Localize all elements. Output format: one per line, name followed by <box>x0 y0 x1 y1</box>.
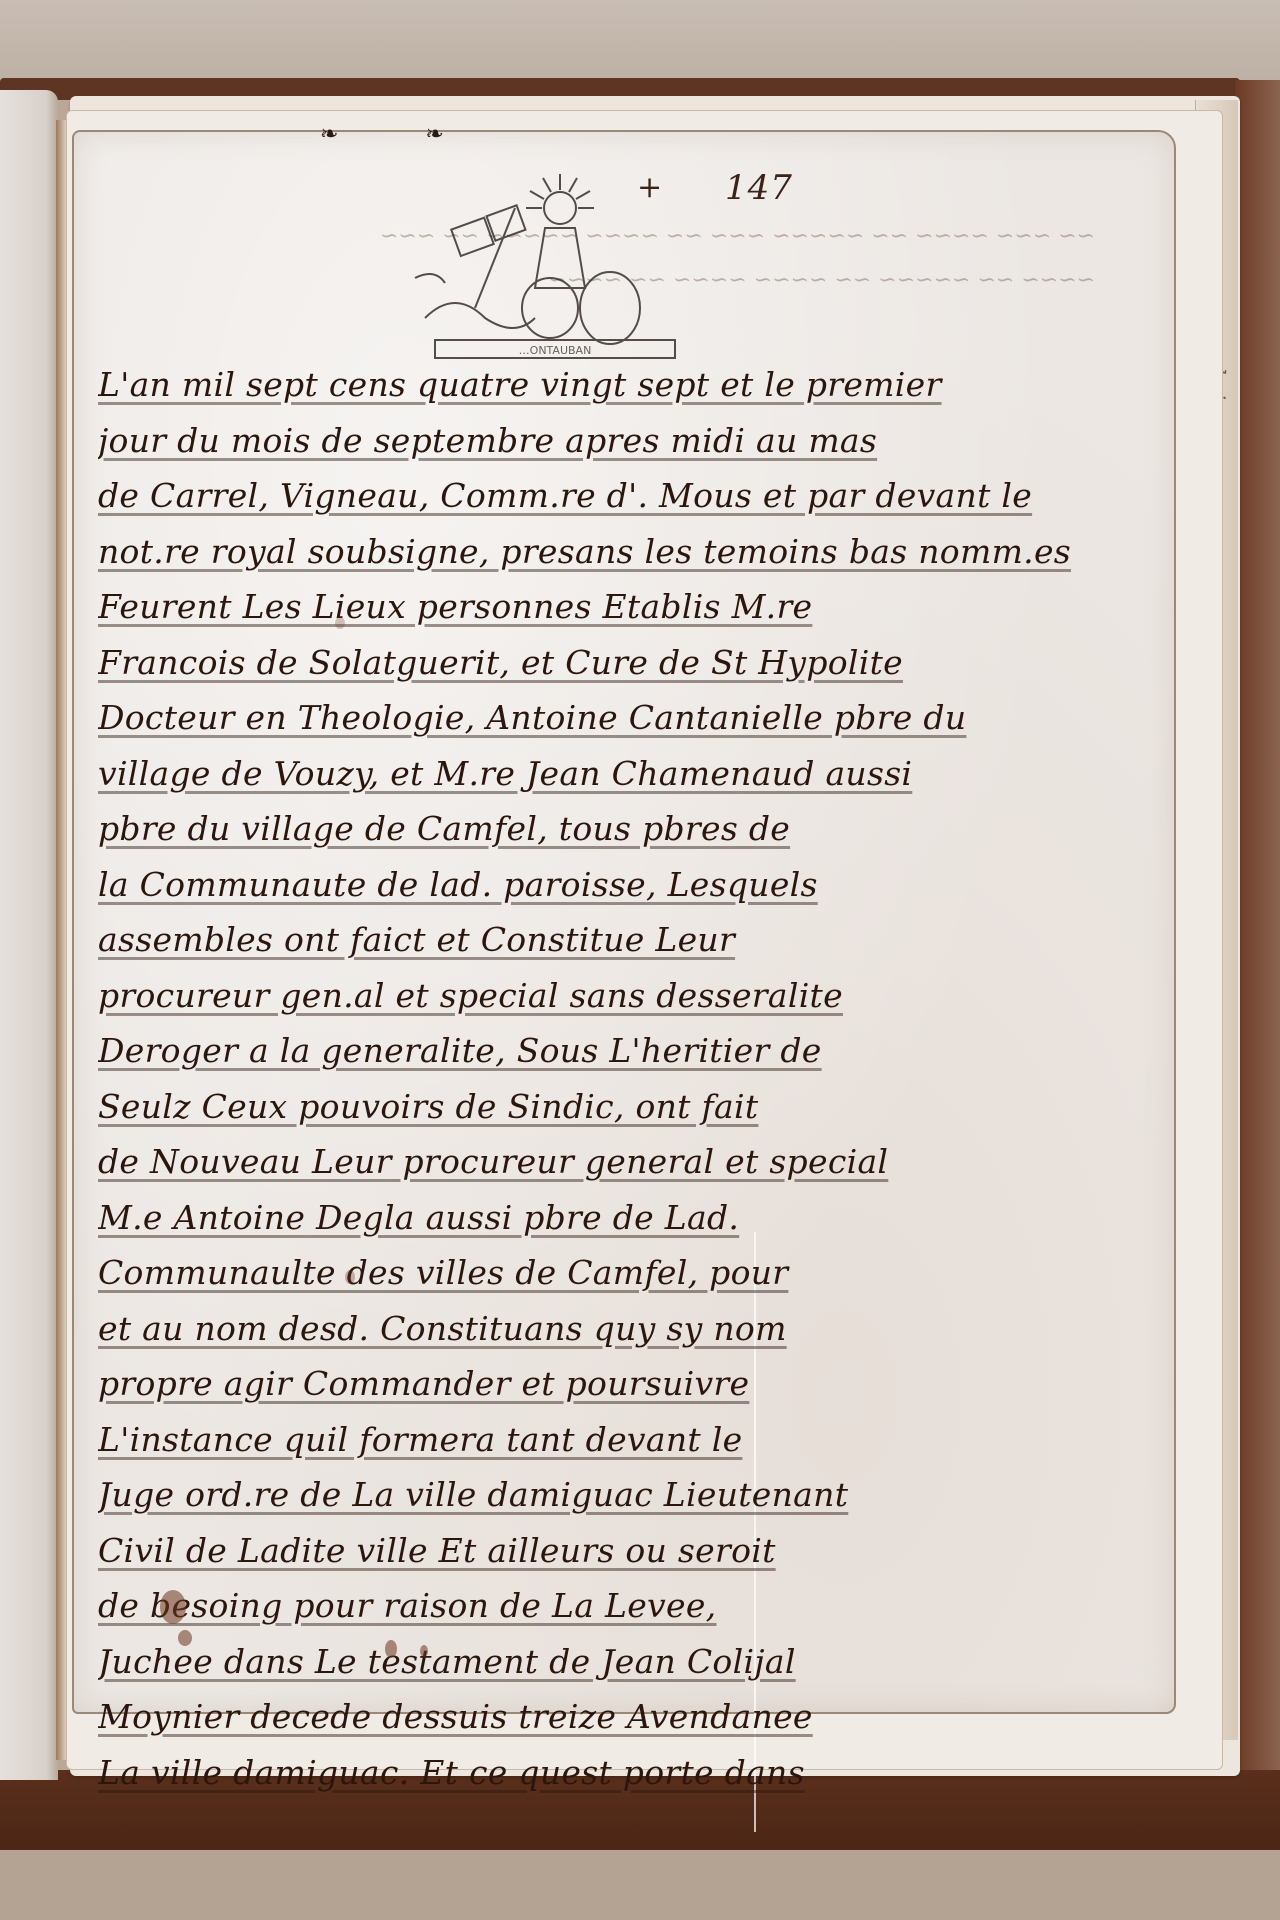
ink-stain <box>385 1640 397 1658</box>
manuscript-line: La ville damiguac. Et ce quest porte dan… <box>98 1753 1158 1809</box>
ink-stain <box>345 1270 355 1284</box>
manuscript-line: Francois de Solatguerit, et Cure de St H… <box>98 643 1158 699</box>
manuscript-line: pbre du village de Camfel, tous pbres de <box>98 809 1158 865</box>
manuscript-line: Juchee dans Le testament de Jean Colijal <box>98 1642 1158 1698</box>
manuscript-line: de besoing pour raison de La Levee, <box>98 1586 1158 1642</box>
manuscript-line: Feurent Les Lieux personnes Etablis M.re <box>98 587 1158 643</box>
facing-left-page-edge <box>0 90 58 1780</box>
manuscript-line: de Nouveau Leur procureur general et spe… <box>98 1142 1158 1198</box>
manuscript-line: Deroger a la generalite, Sous L'heritier… <box>98 1031 1158 1087</box>
binding-cover-right-edge <box>1235 80 1280 1780</box>
book-gutter <box>56 120 66 1760</box>
manuscript-line: Civil de Ladite ville Et ailleurs ou ser… <box>98 1531 1158 1587</box>
manuscript-line: jour du mois de septembre apres midi au … <box>98 421 1158 477</box>
manuscript-line: et au nom desd. Constituans quy sy nom <box>98 1309 1158 1365</box>
manuscript-line: M.e Antoine Degla aussi pbre de Lad. <box>98 1198 1158 1254</box>
svg-text:…ONTAUBAN: …ONTAUBAN <box>519 344 592 357</box>
ink-stain <box>335 617 345 629</box>
manuscript-line: la Communaute de lad. paroisse, Lesquels <box>98 865 1158 921</box>
manuscript-line: L'instance quil formera tant devant le <box>98 1420 1158 1476</box>
manuscript-line: assembles ont faict et Constitue Leur <box>98 920 1158 976</box>
manuscript-line: Juge ord.re de La ville damiguac Lieuten… <box>98 1475 1158 1531</box>
manuscript-line: L'an mil sept cens quatre vingt sept et … <box>98 365 1158 421</box>
ink-stain <box>420 1645 428 1657</box>
background-top <box>0 0 1280 80</box>
ink-blot-ornament: ❧ ❧ <box>320 122 484 147</box>
manuscript-line: Seulz Ceux pouvoirs de Sindic, ont fait <box>98 1087 1158 1143</box>
folio-cross-mark: + <box>637 170 662 205</box>
manuscript-line: procureur gen.al et special sans dessera… <box>98 976 1158 1032</box>
manuscript-line: de Carrel, Vigneau, Comm.re d'. Mous et … <box>98 476 1158 532</box>
manuscript-line: propre agir Commander et poursuivre <box>98 1364 1158 1420</box>
manuscript-line: village de Vouzy, et M.re Jean Chamenaud… <box>98 754 1158 810</box>
folio-number: 147 <box>725 168 793 208</box>
manuscript-line: Docteur en Theologie, Antoine Cantaniell… <box>98 698 1158 754</box>
manuscript-line: Moynier decede dessuis treize Avendanee <box>98 1697 1158 1753</box>
manuscript-line: Communaulte des villes de Camfel, pour <box>98 1253 1158 1309</box>
background-bottom <box>0 1850 1280 1920</box>
manuscript-line: not.re royal soubsigne, presans les temo… <box>98 532 1158 588</box>
ink-stain <box>178 1630 192 1646</box>
ink-stain <box>160 1590 186 1624</box>
manuscript-body: L'an mil sept cens quatre vingt sept et … <box>98 365 1158 1808</box>
